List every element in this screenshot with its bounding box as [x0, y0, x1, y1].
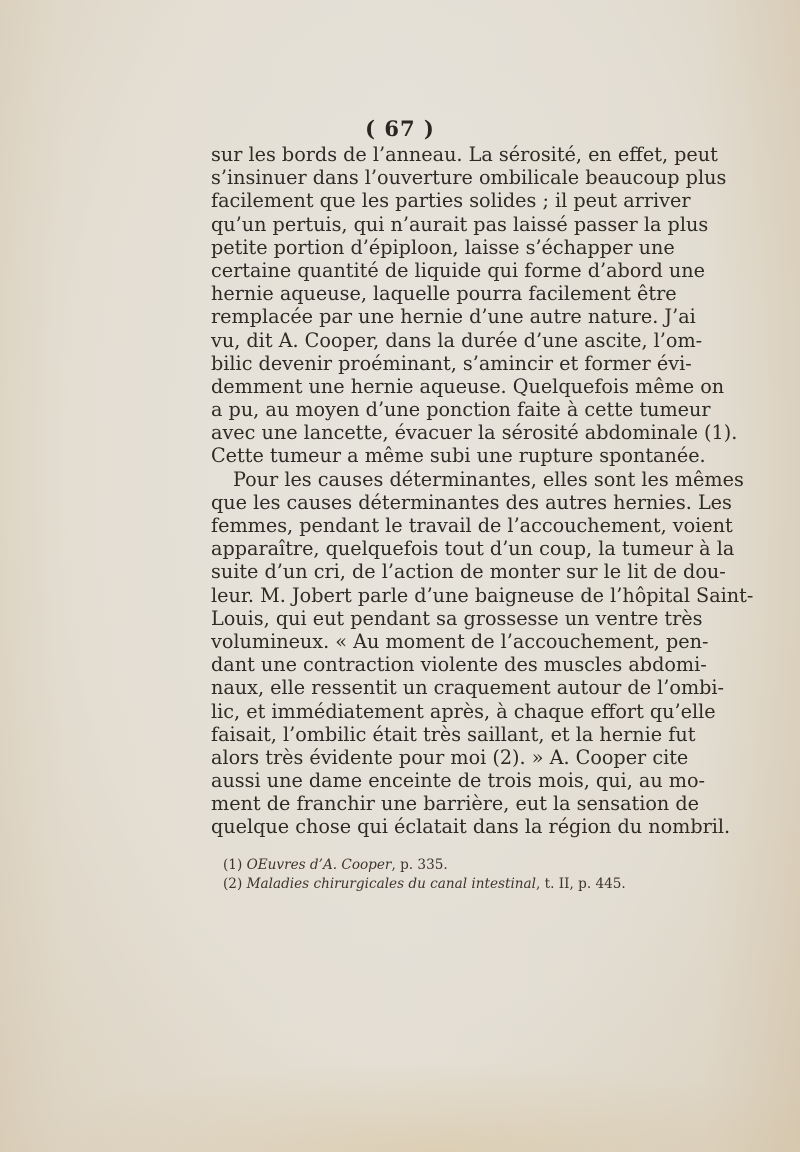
footnote-1: (1) OEuvres d’A. Cooper, p. 335. [223, 856, 643, 875]
text-line: ment de franchir une barrière, eut la se… [211, 792, 645, 815]
text-line: s’insinuer dans l’ouverture ombilicale b… [211, 166, 645, 189]
text-line: lic, et immédiatement après, à chaque ef… [211, 700, 645, 723]
paragraph-1: sur les bords de l’anneau. La sérosité, … [211, 143, 645, 468]
text-line: suite d’un cri, de l’action de monter su… [211, 560, 645, 583]
text-line: que les causes déterminantes des autres … [211, 491, 645, 514]
footnote-title: OEuvres d’A. Cooper [247, 857, 392, 873]
paragraph-2: Pour les causes déterminantes, elles son… [211, 468, 645, 839]
footnote-reference: , t. II, p. 445. [536, 876, 626, 892]
body-text: sur les bords de l’anneau. La sérosité, … [211, 143, 645, 839]
text-line: faisait, l’ombilic était très saillant, … [211, 723, 645, 746]
text-line: dant une contraction violente des muscle… [211, 653, 645, 676]
text-line: femmes, pendant le travail de l’accouche… [211, 514, 645, 537]
text-line: vu, dit A. Cooper, dans la durée d’une a… [211, 329, 645, 352]
text-line: certaine quantité de liquide qui forme d… [211, 259, 645, 282]
text-line: naux, elle ressentit un craquement autou… [211, 676, 645, 699]
footnote-reference: , p. 335. [391, 857, 447, 873]
text-line: quelque chose qui éclatait dans la régio… [211, 815, 645, 838]
text-line: leur. M. Jobert parle d’une baigneuse de… [211, 584, 645, 607]
text-line: facilement que les parties solides ; il … [211, 189, 645, 212]
text-line: bilic devenir proéminant, s’amincir et f… [211, 352, 645, 375]
text-line: volumineux. « Au moment de l’accouchemen… [211, 630, 645, 653]
text-line: petite portion d’épiploon, laisse s’écha… [211, 236, 645, 259]
book-page: ( 67 ) sur les bords de l’anneau. La sér… [0, 0, 800, 1152]
text-line: a pu, au moyen d’une ponction faite à ce… [211, 398, 645, 421]
text-line: remplacée par une hernie d’une autre nat… [211, 305, 645, 328]
text-line: apparaître, quelquefois tout d’un coup, … [211, 537, 645, 560]
text-line: Pour les causes déterminantes, elles son… [211, 468, 645, 491]
text-line: aussi une dame enceinte de trois mois, q… [211, 769, 645, 792]
text-line: Louis, qui eut pendant sa grossesse un v… [211, 607, 645, 630]
text-line: avec une lancette, évacuer la sérosité a… [211, 421, 645, 444]
text-line: alors très évidente pour moi (2). » A. C… [211, 746, 645, 769]
page-number: ( 67 ) [0, 116, 800, 141]
footnote-2: (2) Maladies chirurgicales du canal inte… [223, 875, 643, 894]
footnotes: (1) OEuvres d’A. Cooper, p. 335. (2) Mal… [223, 856, 643, 894]
text-line: sur les bords de l’anneau. La sérosité, … [211, 143, 645, 166]
text-line: qu’un pertuis, qui n’aurait pas laissé p… [211, 213, 645, 236]
footnote-marker: (1) [223, 857, 242, 873]
footnote-title: Maladies chirurgicales du canal intestin… [247, 876, 536, 892]
text-line: demment une hernie aqueuse. Quelquefois … [211, 375, 645, 398]
footnote-marker: (2) [223, 876, 242, 892]
text-line: Cette tumeur a même subi une rupture spo… [211, 444, 645, 467]
text-line: hernie aqueuse, laquelle pourra facileme… [211, 282, 645, 305]
